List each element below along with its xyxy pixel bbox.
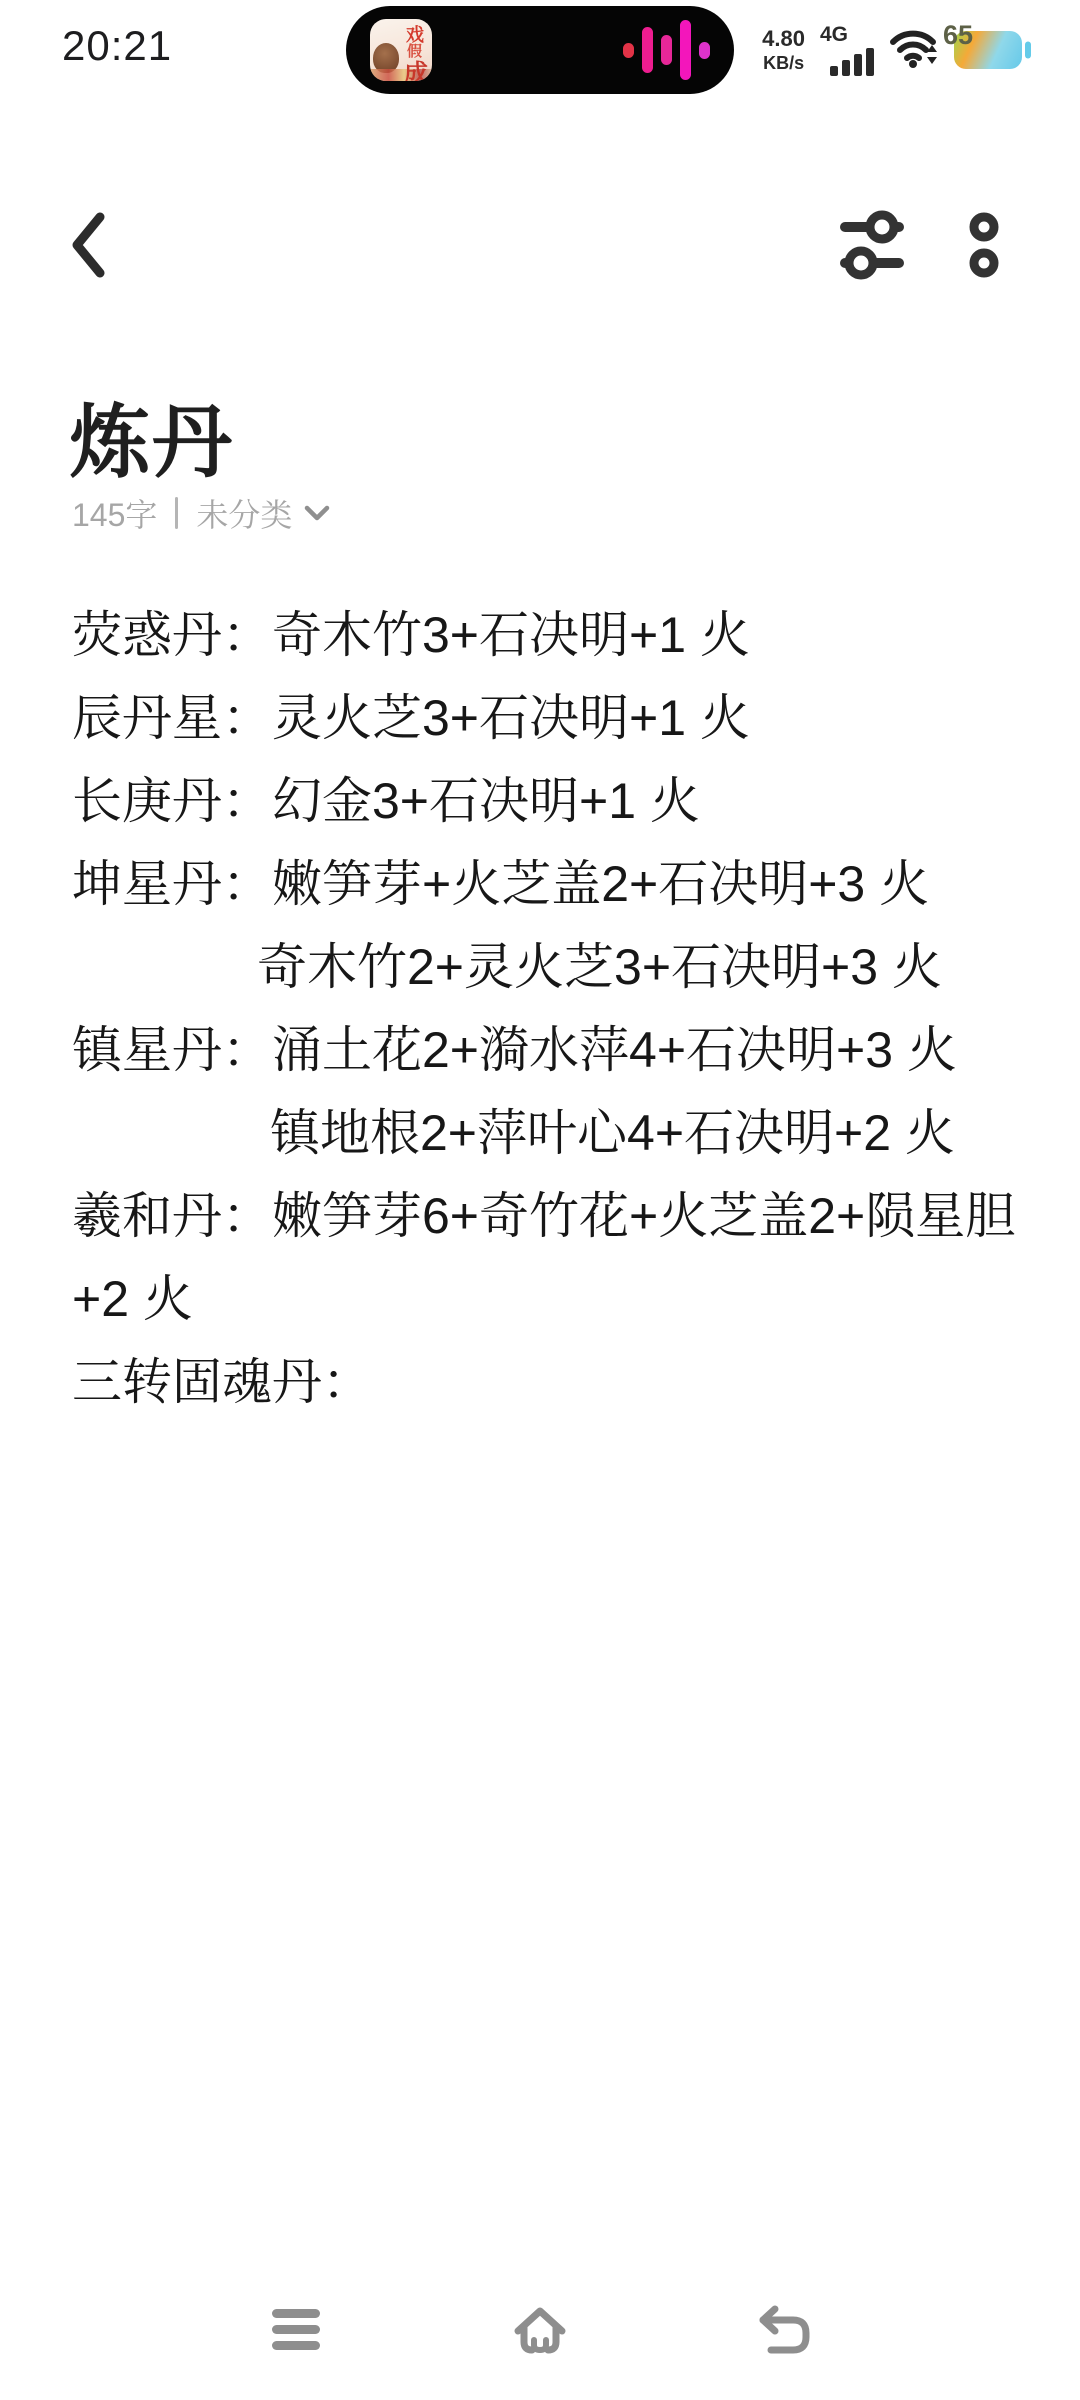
menu-icon bbox=[271, 2307, 321, 2353]
filter-tune-button[interactable] bbox=[840, 207, 904, 288]
note-meta: 145字 未分类 bbox=[72, 492, 330, 534]
home-icon bbox=[511, 2304, 569, 2356]
more-options-button[interactable] bbox=[968, 207, 1000, 288]
chevron-left-icon bbox=[68, 211, 110, 279]
status-icons: 4.80 KB/s 4G 65 bbox=[762, 0, 1022, 100]
wifi-icon bbox=[889, 26, 939, 75]
dynamic-island-pill[interactable]: 戏 假 成 bbox=[346, 6, 734, 94]
note-title[interactable]: 炼丹 bbox=[70, 378, 234, 493]
note-line: 奇木竹2+灵火芝3+石决明+3 火 bbox=[72, 926, 1032, 1009]
recents-menu-button[interactable] bbox=[265, 2301, 327, 2359]
network-speed-value: 4.80 bbox=[762, 28, 805, 50]
home-button[interactable] bbox=[509, 2301, 571, 2359]
app-icon-char: 成 bbox=[404, 53, 428, 81]
note-line: 镇星丹：涌土花2+漪水萍4+石决明+3 火 bbox=[72, 1009, 1032, 1092]
back-arrow-icon bbox=[756, 2304, 812, 2356]
running-app-icon: 戏 假 成 bbox=[370, 19, 432, 81]
two-dots-more-icon bbox=[968, 207, 1000, 283]
meta-divider bbox=[175, 497, 178, 529]
status-bar: 20:21 戏 假 成 4.80 KB/s 4G bbox=[0, 0, 1080, 100]
clock: 20:21 bbox=[62, 22, 172, 70]
note-line: 辰丹星：灵火芝3+石决明+1 火 bbox=[72, 677, 1032, 760]
note-content[interactable]: 荧惑丹：奇木竹3+石决明+1 火 辰丹星：灵火芝3+石决明+1 火 长庚丹：幻金… bbox=[72, 594, 1032, 1424]
system-navigation-bar bbox=[0, 2260, 1080, 2400]
note-line: 长庚丹：幻金3+石决明+1 火 bbox=[72, 760, 1032, 843]
note-line: 镇地根2+萍叶心4+石决明+2 火 bbox=[72, 1092, 1032, 1175]
cellular-signal-icon: 4G bbox=[820, 24, 874, 76]
note-line: 坤星丹：嫩笋芽+火芝盖2+石决明+3 火 bbox=[72, 843, 1032, 926]
battery-icon: 65 bbox=[954, 31, 1022, 69]
note-line: 荧惑丹：奇木竹3+石决明+1 火 bbox=[72, 594, 1032, 677]
back-button[interactable] bbox=[68, 209, 116, 281]
chevron-down-icon bbox=[304, 505, 330, 521]
word-count: 145字 bbox=[72, 490, 157, 536]
network-type-label: 4G bbox=[820, 24, 848, 45]
note-line: +2 火 bbox=[72, 1258, 1032, 1341]
app-header bbox=[0, 195, 1080, 300]
network-speed-unit: KB/s bbox=[763, 54, 804, 72]
back-nav-button[interactable] bbox=[753, 2301, 815, 2359]
recording-waveform-icon bbox=[623, 6, 710, 94]
category-dropdown[interactable]: 未分类 bbox=[196, 490, 330, 536]
note-line: 三转固魂丹： bbox=[72, 1341, 1032, 1424]
tune-icon bbox=[840, 207, 904, 283]
note-line: 羲和丹：嫩笋芽6+奇竹花+火芝盖2+陨星胆 bbox=[72, 1175, 1032, 1258]
network-speed: 4.80 KB/s bbox=[762, 28, 805, 72]
category-label: 未分类 bbox=[196, 490, 292, 536]
